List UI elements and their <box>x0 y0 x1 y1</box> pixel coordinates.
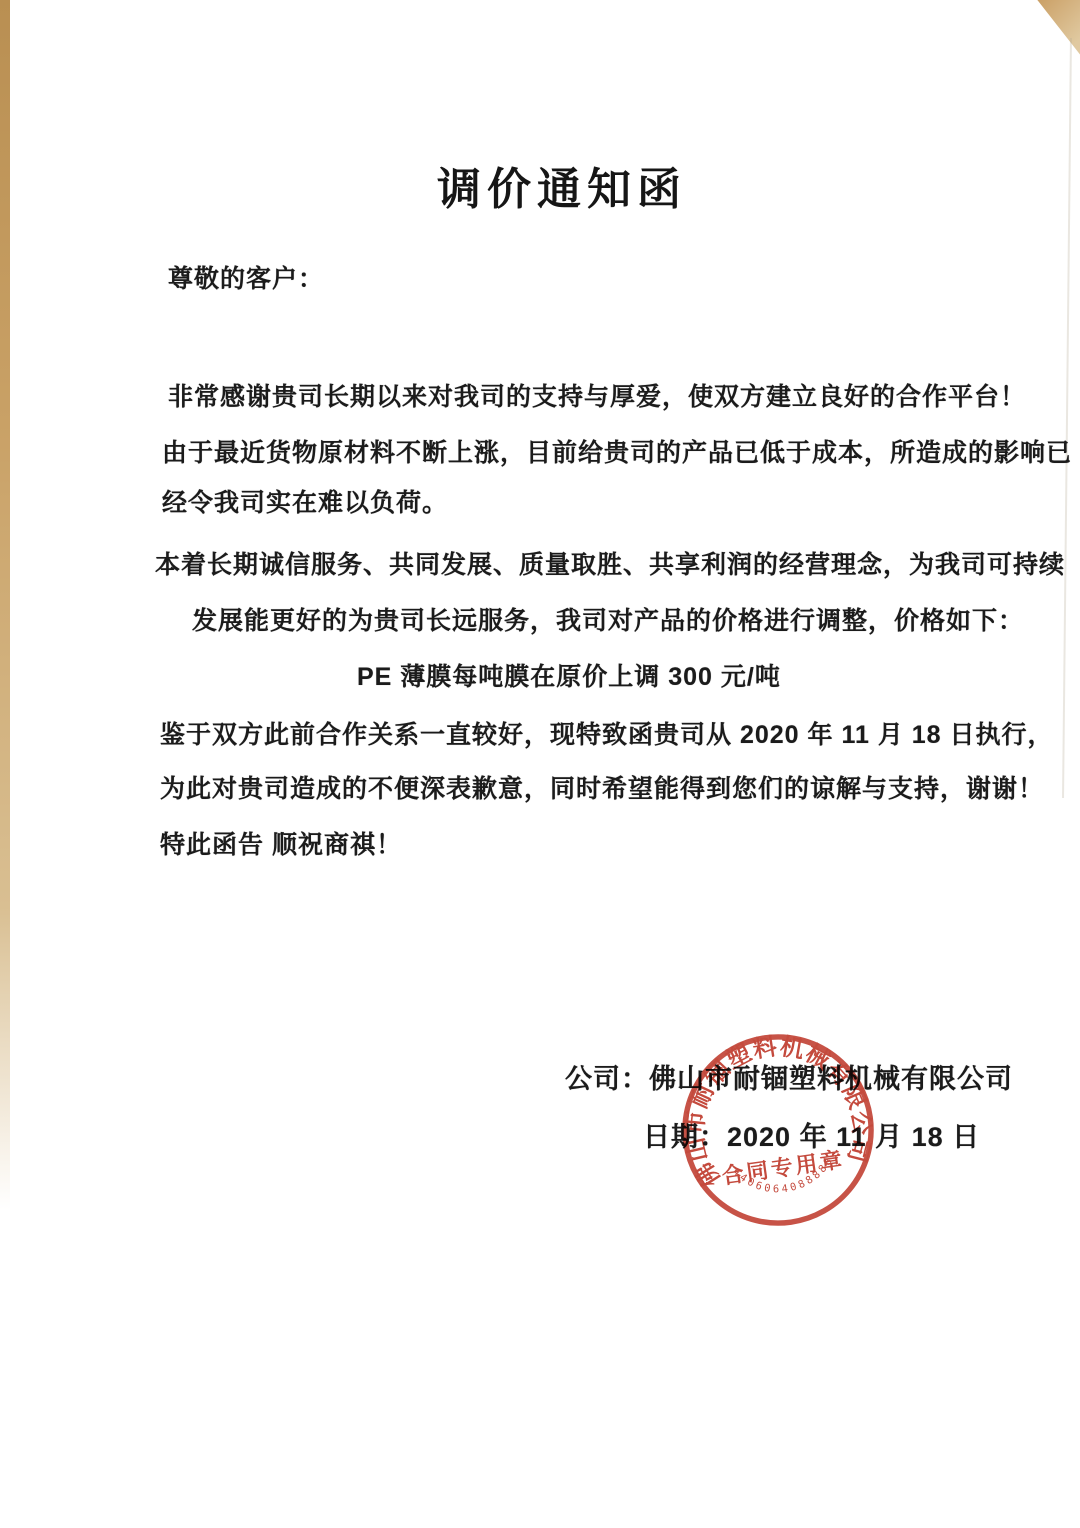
desk-edge-left <box>0 0 10 1210</box>
salutation: 尊敬的客户： <box>168 262 324 296</box>
body-line: 鉴于双方此前合作关系一直较好，现特致函贵司从 2020 年 11 月 18 日执… <box>160 718 1054 752</box>
price-adjustment-line: PE 薄膜每吨膜在原价上调 300 元/吨 <box>357 660 781 694</box>
paper-edge-shadow <box>1062 38 1072 798</box>
closing-line: 特此函告 顺祝商祺！ <box>160 828 402 862</box>
desk-corner-top-right <box>1028 0 1080 62</box>
scanned-letter: 调价通知函 尊敬的客户： 非常感谢贵司长期以来对我司的支持与厚爱，使双方建立良好… <box>0 0 1080 1528</box>
body-line: 经令我司实在难以负荷。 <box>162 486 448 520</box>
page-title: 调价通知函 <box>22 165 1080 215</box>
body-line: 由于最近货物原材料不断上涨，目前给贵司的产品已低于成本，所造成的影响已 <box>162 436 1072 470</box>
body-line: 为此对贵司造成的不便深表歉意，同时希望能得到您们的谅解与支持，谢谢！ <box>160 772 1044 806</box>
body-line: 非常感谢贵司长期以来对我司的支持与厚爱，使双方建立良好的合作平台！ <box>168 380 1026 414</box>
body-line: 发展能更好的为贵司长远服务，我司对产品的价格进行调整，价格如下： <box>192 604 1024 638</box>
body-line: 本着长期诚信服务、共同发展、质量取胜、共享利润的经营理念，为我司可持续 <box>155 548 1065 582</box>
company-seal: 佛山市耐锢塑料机械有限公司 合同专用章 4406064088888 <box>666 1018 890 1242</box>
